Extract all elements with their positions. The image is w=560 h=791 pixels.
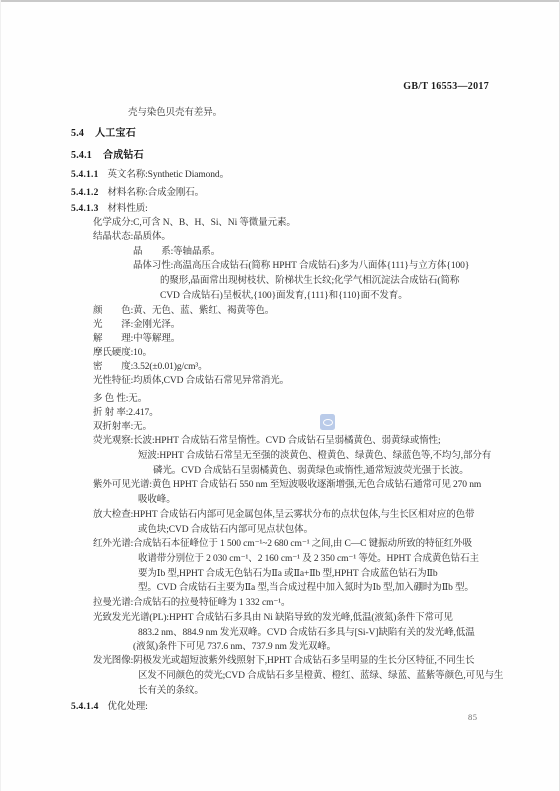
text-line: 折 射 率:2.417。 bbox=[93, 407, 159, 419]
text-line: 多 色 性:无。 bbox=[93, 393, 147, 405]
text-line: 结晶状态:晶质体。 bbox=[93, 231, 171, 243]
text-line: 吸收峰。 bbox=[138, 494, 176, 506]
text-line: 要为Ⅰb 型,HPHT 合成无色钻石为Ⅱa 或Ⅱa+Ⅱb 型,HPHT 合成蓝色… bbox=[138, 568, 438, 580]
text-line: 或色块;CVD 合成钻石内部可见点状包体。 bbox=[138, 524, 313, 536]
clause-number: 5.4.1 bbox=[71, 150, 92, 161]
clause-line: 5.4.1.2材料名称:合成金刚石。 bbox=[71, 187, 204, 199]
clause-line: 5.4人工宝石 bbox=[71, 128, 136, 140]
watermark-stamp bbox=[320, 414, 335, 430]
text-line: 化学成分:C,可含 N、B、H、Si、Ni 等微量元素。 bbox=[93, 217, 296, 229]
text-line: 密 度:3.52(±0.01)g/cm³。 bbox=[93, 361, 208, 373]
clause-number: 5.4.1.2 bbox=[71, 188, 99, 198]
text-line: 光 泽:金刚光泽。 bbox=[93, 319, 180, 331]
document-text: 壳与染色贝壳有差异。5.4人工宝石5.4.1合成钻石5.4.1.1英文名称:Sy… bbox=[0, 0, 560, 791]
clause-line: 5.4.1.1英文名称:Synthetic Diamond。 bbox=[71, 169, 229, 181]
clause-number: 5.4.1.1 bbox=[71, 170, 99, 180]
text-line: 发光图像:阴极发光或超短波紫外线照射下,HPHT 合成钻石多呈明显的生长分区特征… bbox=[93, 655, 474, 667]
text-line: 光性特征:均质体,CVD 合成钻石常见异常消光。 bbox=[93, 375, 289, 387]
text-line: 883.2 nm、884.9 nm 发光双峰。CVD 合成钻石多具与[Si-V]… bbox=[138, 627, 475, 639]
text-line: 红外光谱:合成钻石本征峰位于 1 500 cm⁻¹~2 680 cm⁻¹ 之间,… bbox=[93, 538, 472, 550]
text-line: 解 理:中等解理。 bbox=[93, 333, 180, 345]
clause-number: 5.4.1.4 bbox=[71, 702, 99, 712]
clause-text: 人工宝石 bbox=[95, 128, 136, 139]
text-line: 收谱带分别位于 2 030 cm⁻¹、2 160 cm⁻¹ 及 2 350 cm… bbox=[138, 553, 479, 565]
clause-number: 5.4 bbox=[71, 128, 84, 139]
text-line: 荧光观察:长波:HPHT 合成钻石常呈惰性。CVD 合成钻石呈弱橘黄色、弱黄绿或… bbox=[93, 435, 441, 447]
text-line: 型。CVD 合成钻石主要为Ⅱa 型,当合成过程中加入氮时为Ⅰb 型,加入硼时为Ⅱ… bbox=[138, 582, 474, 594]
text-line: 晶 系:等轴晶系。 bbox=[133, 246, 220, 258]
text-line: 摩氏硬度:10。 bbox=[93, 347, 152, 359]
clause-line: 5.4.1.3材料性质: bbox=[71, 203, 148, 215]
page-number: 85 bbox=[468, 712, 478, 722]
text-line: 拉曼光谱:合成钻石的拉曼特征峰为 1 332 cm⁻¹。 bbox=[93, 597, 290, 609]
clause-text: 英文名称:Synthetic Diamond。 bbox=[108, 170, 229, 180]
clause-text: 材料名称:合成金刚石。 bbox=[108, 188, 205, 198]
clause-text: 材料性质: bbox=[108, 204, 148, 214]
text-line: CVD 合成钻石)呈板状,{100}面发育,{111}和{110}面不发育。 bbox=[160, 290, 408, 302]
document-page: GB/T 16553—2017 壳与染色贝壳有差异。5.4人工宝石5.4.1合成… bbox=[0, 0, 560, 791]
text-line: 颜 色:黄、无色、蓝、紫红、褐黄等色。 bbox=[93, 305, 274, 317]
text-line: 的聚形,晶面常出现树枝状、阶梯状生长纹;化学气相沉淀法合成钻石(简称 bbox=[160, 275, 459, 287]
text-line: 壳与染色贝壳有差异。 bbox=[128, 107, 222, 119]
text-line: 紫外可见光谱:黄色 HPHT 合成钻石 550 nm 至短波吸收逐渐增强,无色合… bbox=[93, 479, 481, 491]
text-line: 短波:HPHT 合成钻石常呈无至强的淡黄色、橙黄色、绿黄色、绿蓝色等,不均匀,部… bbox=[138, 450, 491, 462]
text-line: 光致发光光谱(PL):HPHT 合成钻石多具由 Ni 缺陷导致的发光峰,低温(液… bbox=[93, 612, 453, 624]
clause-line: 5.4.1.4优化处理: bbox=[71, 701, 148, 713]
text-line: 放大检查:HPHT 合成钻石内部可见金属包体,呈云雾状分布的点状包体,与生长区相… bbox=[93, 509, 474, 521]
clause-line: 5.4.1合成钻石 bbox=[71, 150, 144, 162]
text-line: (液氮)条件下可见 737.6 nm、737.9 nm 发光双峰。 bbox=[133, 641, 336, 653]
text-line: 长有关的条纹。 bbox=[138, 685, 204, 697]
text-line: 区发不同颜色的荧光;CVD 合成钻石多呈橙黄、橙红、蓝绿、绿蓝、蓝紫等颜色,可见… bbox=[138, 670, 503, 682]
text-line: 晶体习性:高温高压合成钻石(简称 HPHT 合成钻石)多为八面体{111}与立方… bbox=[133, 260, 469, 272]
watermark-logo-icon bbox=[323, 419, 333, 426]
clause-number: 5.4.1.3 bbox=[71, 204, 99, 214]
text-line: 磷光。CVD 合成钻石呈弱橘黄色、弱黄绿色或惰性,通常短波荧光强于长波。 bbox=[153, 465, 469, 477]
clause-text: 合成钻石 bbox=[103, 150, 144, 161]
clause-text: 优化处理: bbox=[108, 702, 148, 712]
text-line: 双折射率:无。 bbox=[93, 421, 152, 433]
